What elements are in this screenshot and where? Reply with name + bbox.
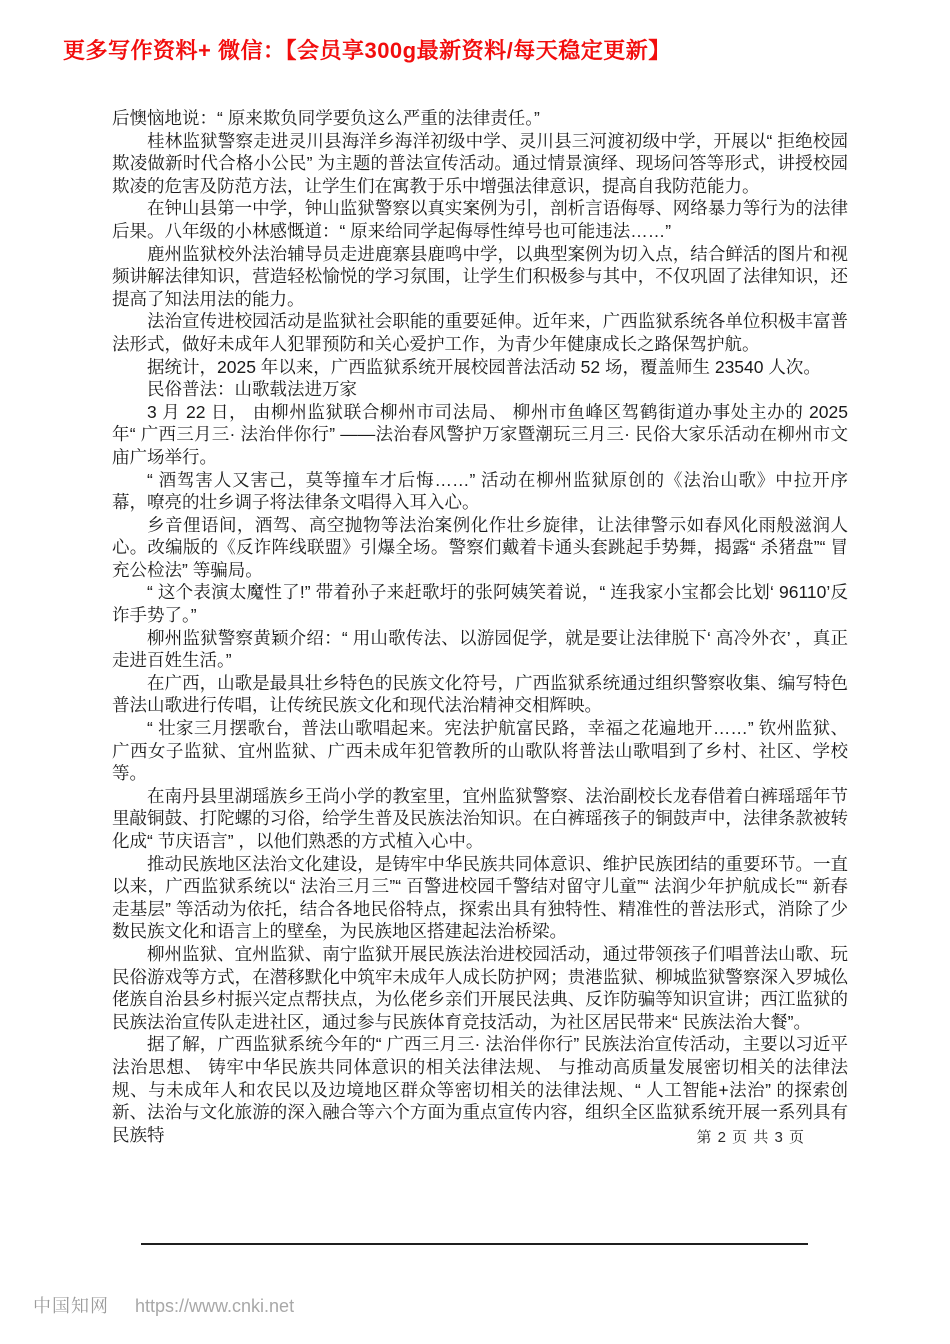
promo-banner-text: 更多写作资料+ 微信：【会员享300g最新资料/每天稳定更新】 bbox=[63, 34, 671, 65]
paragraph: 民俗普法：山歌载法进万家 bbox=[112, 378, 848, 401]
document-page: 更多写作资料+ 微信：【会员享300g最新资料/每天稳定更新】 后懊恼地说：“ … bbox=[0, 0, 950, 1344]
page-indicator: 第 2 页 共 3 页 bbox=[696, 1126, 805, 1147]
document-body: 后懊恼地说：“ 原来欺负同学要负这么严重的法律责任。”桂林监狱警察走进灵川县海洋… bbox=[112, 107, 848, 1146]
cnki-footer: 中国知网 https://www.cnki.net bbox=[33, 1292, 294, 1318]
paragraph: 在南丹县里湖瑶族乡王尚小学的教室里，宜州监狱警察、法治副校长龙春借着白裤瑶瑶年节… bbox=[112, 785, 848, 853]
paragraph: 柳州监狱、宜州监狱、南宁监狱开展民族法治进校园活动，通过带领孩子们唱普法山歌、玩… bbox=[112, 943, 848, 1033]
paragraph: 鹿州监狱校外法治辅导员走进鹿寨县鹿鸣中学，以典型案例为切入点，结合鲜活的图片和视… bbox=[112, 243, 848, 311]
paragraph: 3 月 22 日， 由柳州监狱联合柳州市司法局、 柳州市鱼峰区驾鹤街道办事处主办… bbox=[112, 401, 848, 469]
footer-divider-line bbox=[141, 1243, 808, 1245]
paragraph: 法治宣传进校园活动是监狱社会职能的重要延伸。近年来，广西监狱系统各单位积极丰富普… bbox=[112, 310, 848, 355]
paragraph: 据统计，2025 年以来，广西监狱系统开展校园普法活动 52 场，覆盖师生 23… bbox=[112, 356, 848, 379]
paragraph: “ 这个表演太魔性了!” 带着孙子来赶歌圩的张阿姨笑着说，“ 连我家小宝都会比划… bbox=[112, 581, 848, 626]
cnki-site-url: https://www.cnki.net bbox=[135, 1296, 294, 1317]
paragraph: 推动民族地区法治文化建设，是铸牢中华民族共同体意识、维护民族团结的重要环节。一直… bbox=[112, 853, 848, 943]
cnki-site-name: 中国知网 bbox=[33, 1292, 109, 1318]
paragraph: “ 壮家三月摆歌台，普法山歌唱起来。宪法护航富民路，幸福之花遍地开……” 钦州监… bbox=[112, 717, 848, 785]
paragraph: 在广西，山歌是最具壮乡特色的民族文化符号，广西监狱系统通过组织警察收集、编写特色… bbox=[112, 672, 848, 717]
paragraph: 在钟山县第一中学，钟山监狱警察以真实案例为引，剖析言语侮辱、网络暴力等行为的法律… bbox=[112, 197, 848, 242]
paragraph: 乡音俚语间，酒驾、高空抛物等法治案例化作壮乡旋律，让法律警示如春风化雨般滋润人心… bbox=[112, 514, 848, 582]
paragraph: 后懊恼地说：“ 原来欺负同学要负这么严重的法律责任。” bbox=[112, 107, 848, 130]
paragraph: 桂林监狱警察走进灵川县海洋乡海洋初级中学、灵川县三河渡初级中学，开展以“ 拒绝校… bbox=[112, 130, 848, 198]
paragraph: 柳州监狱警察黄颖介绍：“ 用山歌传法、以游园促学，就是要让法律脱下‘ 高冷外衣’… bbox=[112, 627, 848, 672]
paragraph: “ 酒驾害人又害己，莫等撞车才后悔……” 活动在柳州监狱原创的《法治山歌》中拉开… bbox=[112, 469, 848, 514]
